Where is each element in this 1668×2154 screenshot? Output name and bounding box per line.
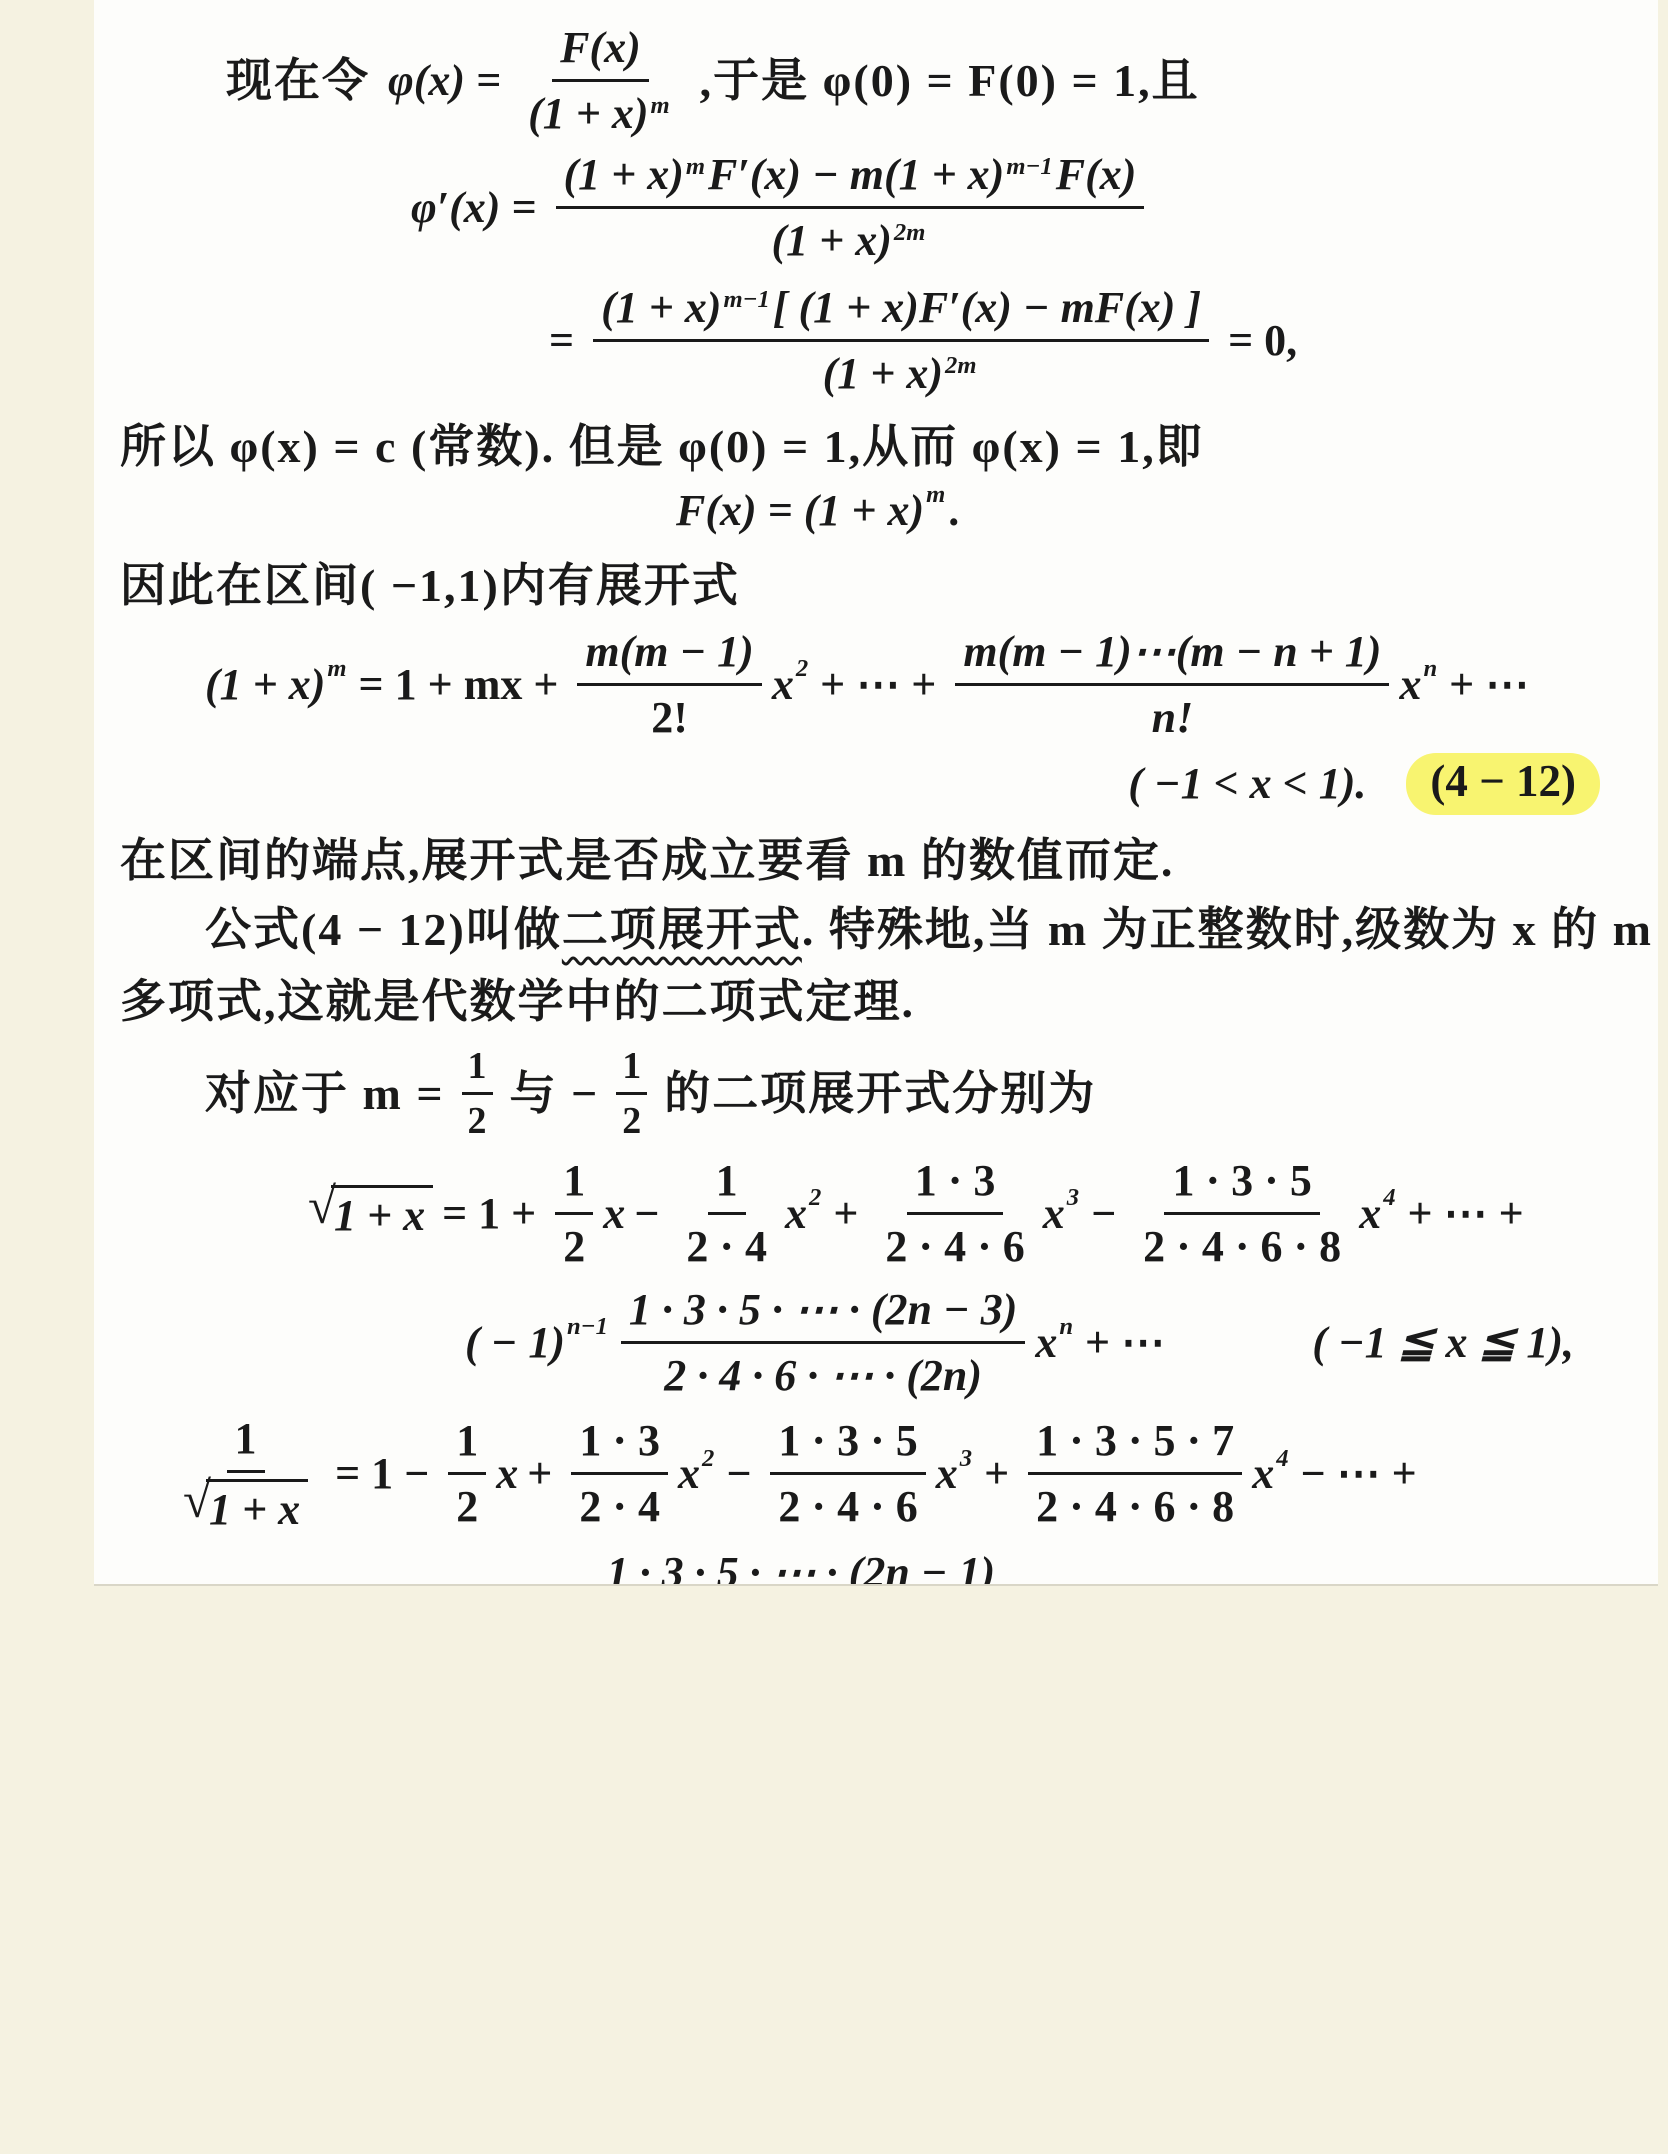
- denominator: 2 · 4 · 6: [877, 1215, 1032, 1272]
- denominator: (1 + x)2m: [764, 209, 937, 266]
- math-token: = 1 −: [335, 1448, 429, 1499]
- period: .: [948, 485, 959, 536]
- numerator: 1: [462, 1044, 493, 1095]
- math-token: x: [1013, 1580, 1035, 1586]
- denominator-base: (1 + x): [823, 349, 943, 398]
- numerator: 1: [227, 1413, 265, 1473]
- range-condition: ( −1 < x ≦ 1).: [1324, 1580, 1574, 1586]
- wavy-underlined-term: 二项展开式: [562, 904, 802, 955]
- math-token: (1 + x): [205, 659, 325, 710]
- radical: √1 + x: [308, 1185, 433, 1241]
- denominator: (1 + x)2m: [815, 342, 988, 399]
- equation-number-highlight: (4 − 12): [1406, 753, 1600, 815]
- math-token: + ⋯ +: [1408, 1188, 1524, 1239]
- fraction: 1 · 3 · 52 · 4 · 6: [770, 1415, 925, 1532]
- numerator: 1 · 3 · 5: [1164, 1155, 1319, 1215]
- exponent: n: [1423, 655, 1437, 683]
- fraction: 1 · 3 · 5 · ⋯ · (2n − 3)2 · 4 · 6 · ⋯ · …: [621, 1284, 1025, 1401]
- math-token: − ⋯ +: [1301, 1448, 1417, 1499]
- equation-inverse-sqrt-expansion-line2: ( − 1)n 1 · 3 · 5 · ⋯ · (2n − 1)2 · 4 · …: [470, 1547, 1624, 1586]
- fraction: 12 · 4: [678, 1155, 775, 1272]
- fraction: 1 · 32 · 4: [571, 1415, 668, 1532]
- denominator: n!: [1144, 686, 1202, 743]
- exponent: 4: [1276, 1445, 1288, 1473]
- denominator: 2 · 4 · 6 · 8: [1135, 1215, 1349, 1272]
- minus-sign: −: [634, 1188, 659, 1239]
- math-token: + ⋯: [1063, 1580, 1143, 1586]
- math-token: + ⋯: [1449, 659, 1529, 710]
- fraction: 1 · 32 · 4 · 6: [877, 1155, 1032, 1272]
- numerator: 1 · 3 · 5 · 7: [1028, 1415, 1242, 1475]
- math-token: (1 + x): [601, 283, 721, 332]
- text-now-let: 现在令: [226, 51, 370, 111]
- equation-phi-definition: 现在令 φ(x) = F(x) (1 + x)m ,于是 φ(0) = F(0)…: [226, 22, 1624, 139]
- equation-binomial-expansion: (1 + x)m = 1 + mx + m(m − 1) 2! x2 + ⋯ +…: [205, 626, 1624, 743]
- exponent: 2: [702, 1445, 714, 1473]
- math-token: ( − 1): [465, 1317, 565, 1368]
- numerator: (1 + x)m−1[ (1 + x)F′(x) − mF(x) ]: [593, 282, 1209, 342]
- denominator: (1 + x)m: [520, 82, 681, 139]
- denominator: √1 + x: [175, 1473, 316, 1535]
- denominator: 2 · 4 · 6: [770, 1475, 925, 1532]
- math-token: F′(x) − m(1 + x): [708, 150, 1004, 199]
- math-token: x: [496, 1448, 518, 1499]
- math-token: x: [603, 1188, 625, 1239]
- paragraph-constant-conclusion: 所以 φ(x) = c (常数). 但是 φ(0) = 1,从而 φ(x) = …: [120, 417, 1624, 477]
- radical-sign: √: [308, 1182, 336, 1233]
- exponent: 3: [960, 1445, 972, 1473]
- text-thus: ,于是 φ(0) = F(0) = 1,且: [700, 51, 1200, 111]
- math-token: + ⋯: [1085, 1317, 1165, 1368]
- exponent: m−1: [1006, 153, 1052, 180]
- exponent: m: [926, 481, 945, 509]
- numerator: m(m − 1)⋯(m − n + 1): [955, 626, 1389, 686]
- numerator: 1 · 3: [571, 1415, 668, 1475]
- math-token: [ (1 + x)F′(x) − mF(x) ]: [773, 283, 1201, 332]
- math-token: x: [1252, 1448, 1274, 1499]
- denominator-base: (1 + x): [528, 89, 648, 138]
- range-condition: ( −1 < x < 1).: [1128, 758, 1366, 809]
- paragraph-endpoint-note: 在区间的端点,展开式是否成立要看 m 的数值而定.: [120, 831, 1624, 891]
- fraction: 1 √1 + x: [175, 1413, 316, 1535]
- text-before-term: 公式(4 − 12)叫做: [205, 904, 562, 955]
- exponent: m: [651, 92, 670, 119]
- paragraph-m-half-intro: 对应于 m = 1 2 与 − 1 2 的二项展开式分别为: [205, 1044, 1624, 1143]
- exponent: m: [327, 655, 346, 683]
- exponent: 2m: [894, 219, 925, 246]
- numerator: 1: [448, 1415, 486, 1475]
- text-expansions-are: 的二项展开式分别为: [664, 1064, 1096, 1124]
- fraction: 1 2: [462, 1044, 493, 1143]
- math-token: (1 + x): [564, 150, 684, 199]
- math-token: x: [785, 1188, 807, 1239]
- denominator: 2 · 4 · 6 · ⋯ · (2n): [656, 1344, 990, 1401]
- exponent: 2: [796, 655, 808, 683]
- equation-F-result: F(x) = (1 + x)m.: [676, 485, 1624, 536]
- radicand: 1 + x: [206, 1479, 308, 1535]
- numerator: 1 · 3 · 5: [770, 1415, 925, 1475]
- range-condition: ( −1 ≦ x ≦ 1),: [1312, 1317, 1574, 1368]
- exponent: n−1: [567, 1313, 608, 1341]
- equals-sign: =: [549, 315, 574, 366]
- denominator: 2: [462, 1095, 493, 1143]
- math-token: x: [1359, 1188, 1381, 1239]
- math-token: = 1 + mx +: [359, 659, 559, 710]
- math-token: + ⋯ +: [820, 659, 936, 710]
- scanned-textbook-screenshot: { "colors": { "bg": "#f5f2e1", "paper": …: [0, 0, 1668, 2154]
- exponent: 4: [1383, 1184, 1395, 1212]
- numerator: 1 · 3: [907, 1155, 1004, 1215]
- radicand: 1 + x: [331, 1185, 433, 1241]
- plus-sign: +: [833, 1188, 858, 1239]
- math-token: φ′(x) =: [411, 182, 537, 233]
- paragraph-interval-intro: 因此在区间( −1,1)内有展开式: [120, 556, 1624, 616]
- paragraph-binomial-name-line2: 多项式,这就是代数学中的二项式定理.: [120, 972, 1624, 1032]
- denominator: 2 · 4 · 6 · 8: [1028, 1475, 1242, 1532]
- equation-range-and-number: ( −1 < x < 1). (4 − 12): [120, 753, 1624, 815]
- exponent: 2: [809, 1184, 821, 1212]
- text-and-minus: 与 −: [510, 1064, 600, 1124]
- fraction: 12: [448, 1415, 486, 1532]
- denominator: 2!: [643, 686, 696, 743]
- math-token: F(x): [1056, 150, 1137, 199]
- equation-sqrt-expansion-line1: √1 + x = 1 + 12 x − 12 · 4 x2 + 1 · 32 ·…: [308, 1155, 1624, 1272]
- minus-sign: −: [726, 1448, 751, 1499]
- numerator: 1 · 3 · 5 · ⋯ · (2n − 3): [621, 1284, 1025, 1344]
- fraction: m(m − 1)⋯(m − n + 1) n!: [955, 626, 1389, 743]
- paragraph-binomial-name-line1: 公式(4 − 12)叫做二项展开式. 特殊地,当 m 为正整数时,级数为 x 的…: [205, 900, 1624, 960]
- equation-sqrt-expansion-line2: ( − 1)n−1 1 · 3 · 5 · ⋯ · (2n − 3)2 · 4 …: [465, 1284, 1624, 1401]
- exponent: m: [686, 153, 705, 180]
- math-token: F(x) = (1 + x): [676, 485, 924, 536]
- denominator: 2 · 4: [571, 1475, 668, 1532]
- fraction: m(m − 1) 2!: [577, 626, 761, 743]
- denominator-base: (1 + x): [772, 216, 892, 265]
- numerator: 1: [555, 1155, 593, 1215]
- exponent: 3: [1067, 1184, 1079, 1212]
- fraction: 1 · 3 · 52 · 4 · 6 · 8: [1135, 1155, 1349, 1272]
- numerator: m(m − 1): [577, 626, 761, 686]
- math-token: x: [936, 1448, 958, 1499]
- math-token: = 0,: [1228, 315, 1297, 366]
- numerator: 1: [708, 1155, 746, 1215]
- math-token: x: [1043, 1188, 1065, 1239]
- minus-sign: −: [1091, 1188, 1116, 1239]
- textbook-page: 现在令 φ(x) = F(x) (1 + x)m ,于是 φ(0) = F(0)…: [94, 0, 1658, 1586]
- numerator: F(x): [552, 22, 649, 82]
- radical-sign: √: [183, 1476, 211, 1527]
- numerator: (1 + x)mF′(x) − m(1 + x)m−1F(x): [556, 149, 1145, 209]
- exponent: n: [572, 1576, 586, 1586]
- equation-phi-derivative: φ′(x) = (1 + x)mF′(x) − m(1 + x)m−1F(x) …: [411, 149, 1624, 266]
- math-token: x: [1399, 659, 1421, 710]
- exponent: n: [1037, 1576, 1051, 1586]
- radical: √1 + x: [183, 1479, 308, 1535]
- numerator: 1: [616, 1044, 647, 1095]
- math-token: x: [772, 659, 794, 710]
- fraction: 1 · 3 · 5 · ⋯ · (2n − 1)2 · 4 · 6 · ⋯ · …: [599, 1547, 1003, 1586]
- math-token: = 1 +: [442, 1188, 536, 1239]
- math-token: ( − 1): [470, 1580, 570, 1586]
- fraction: 1 · 3 · 5 · 72 · 4 · 6 · 8: [1028, 1415, 1242, 1532]
- text-after-term: . 特殊地,当 m 为正整数时,级数为 x 的 m 次: [802, 904, 1658, 955]
- denominator: 2: [448, 1475, 486, 1532]
- exponent: m−1: [723, 286, 769, 313]
- denominator: 2: [616, 1095, 647, 1143]
- exponent: n: [1059, 1313, 1073, 1341]
- plus-sign: +: [527, 1448, 552, 1499]
- math-token: x: [678, 1448, 700, 1499]
- fraction: (1 + x)mF′(x) − m(1 + x)m−1F(x) (1 + x)2…: [556, 149, 1145, 266]
- denominator: 2: [555, 1215, 593, 1272]
- equation-phi-derivative-simplified: = (1 + x)m−1[ (1 + x)F′(x) − mF(x) ] (1 …: [549, 282, 1624, 399]
- math-token: φ(x) =: [388, 55, 501, 106]
- plus-sign: +: [984, 1448, 1009, 1499]
- text-corresponding: 对应于 m =: [205, 1064, 445, 1124]
- exponent: 2m: [945, 352, 976, 379]
- fraction: 1 2: [616, 1044, 647, 1143]
- fraction: (1 + x)m−1[ (1 + x)F′(x) − mF(x) ] (1 + …: [593, 282, 1209, 399]
- math-token: x: [1035, 1317, 1057, 1368]
- numerator: 1 · 3 · 5 · ⋯ · (2n − 1): [599, 1547, 1003, 1586]
- fraction: 12: [555, 1155, 593, 1272]
- denominator: 2 · 4: [678, 1215, 775, 1272]
- equation-inverse-sqrt-expansion-line1: 1 √1 + x = 1 − 12 x + 1 · 32 · 4 x2 − 1 …: [165, 1413, 1624, 1535]
- fraction: F(x) (1 + x)m: [520, 22, 681, 139]
